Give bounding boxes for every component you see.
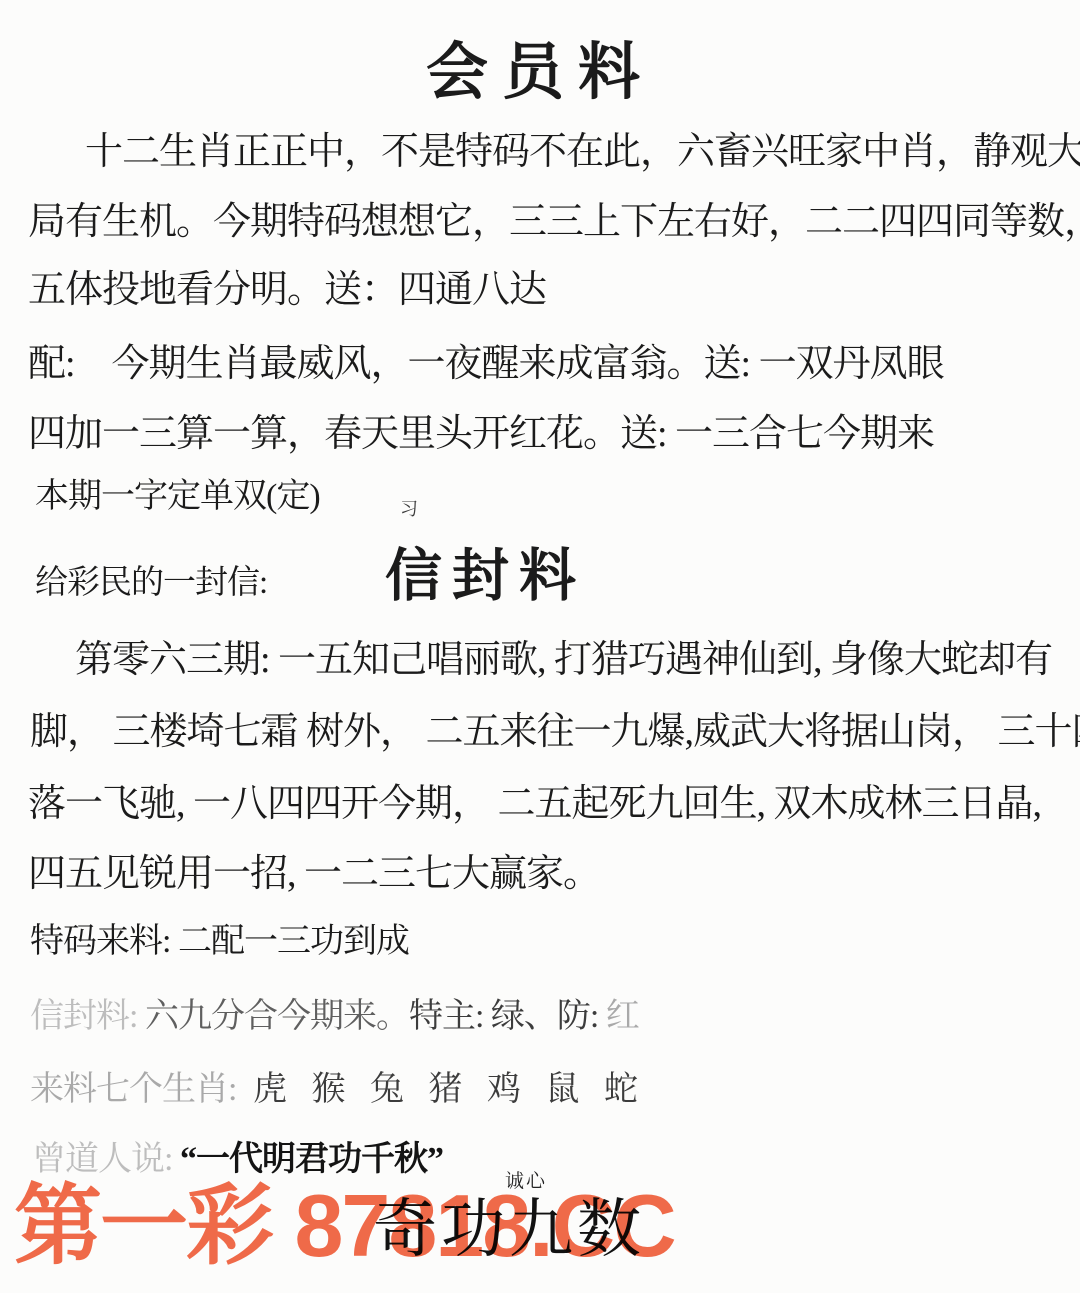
suan-line: 四加一三算一算，春天里头开红花。送: 一三合七今期来 [28, 415, 934, 453]
letter-line-2: 脚， 三楼埼七霜 树外， 二五来往一九爆,威武大将据山岗， 三十四 [30, 713, 1080, 751]
scanned-tip-sheet: 会员料 十二生肖正正中，不是特码不在此，六畜兴旺家中肖，静观大 局有生机。今期特… [0, 0, 1080, 1293]
dingdan-line: 本期一字定单双(定) [35, 480, 320, 514]
site-watermark: 第一彩 87818.CC [14, 1182, 675, 1270]
envelope-section-title: 信封料 [385, 548, 586, 605]
letter-intro-label: 给彩民的一封信: [35, 567, 267, 600]
quote-line-faded-label: 曾道人说: [32, 1141, 172, 1178]
quote-line: 曾道人说: “一代明君功千秋” [32, 1143, 443, 1177]
member-paragraph-line-2: 局有生机。今期特码想想它，三三上下左右好，二二四四同等数， [28, 203, 1080, 241]
tip-line-emphasis: 特主: 绿、防: [409, 998, 598, 1035]
tema-line: 特码来料: 二配一三功到成 [30, 925, 409, 959]
envelope-tip-line: 信封料: 六九分合今期来。特主: 绿、防: 红 [30, 1000, 639, 1034]
tip-line-body: 六九分合今期来。 [137, 998, 409, 1035]
member-section-title: 会员料 [0, 42, 1080, 104]
tip-line-tail: 红 [598, 998, 639, 1035]
stray-print-mark: 习 [400, 500, 418, 518]
letter-line-3: 落一飞驰, 一八四四开今期， 二五起死九回生, 双木成林三日晶, [28, 785, 1041, 823]
zodiac-line: 来料七个生肖: 虎 猴 兔 猪 鸡 鼠 蛇 [30, 1073, 646, 1107]
quote-line-text: “一代明君功千秋” [172, 1141, 443, 1178]
letter-line-1: 第零六三期: 一五知己唱丽歌, 打猎巧遇神仙到, 身像大蛇却有 [75, 641, 1052, 679]
zodiac-line-animals: 虎 猴 兔 猪 鸡 鼠 蛇 [236, 1071, 646, 1108]
member-paragraph-line-3: 五体投地看分明。送：四通八达 [28, 271, 546, 309]
pei-line: 配: 今期生肖最威风，一夜醒来成富翁。送: 一双丹凤眼 [28, 345, 944, 383]
letter-line-4: 四五见锐用一招, 一二三七大赢家。 [28, 855, 600, 893]
tip-line-faded-label: 信封料: [30, 998, 137, 1035]
member-paragraph-line-1: 十二生肖正正中，不是特码不在此，六畜兴旺家中肖，静观大 [85, 133, 1080, 171]
zodiac-line-faded-label: 来料七个生肖: [30, 1071, 236, 1108]
